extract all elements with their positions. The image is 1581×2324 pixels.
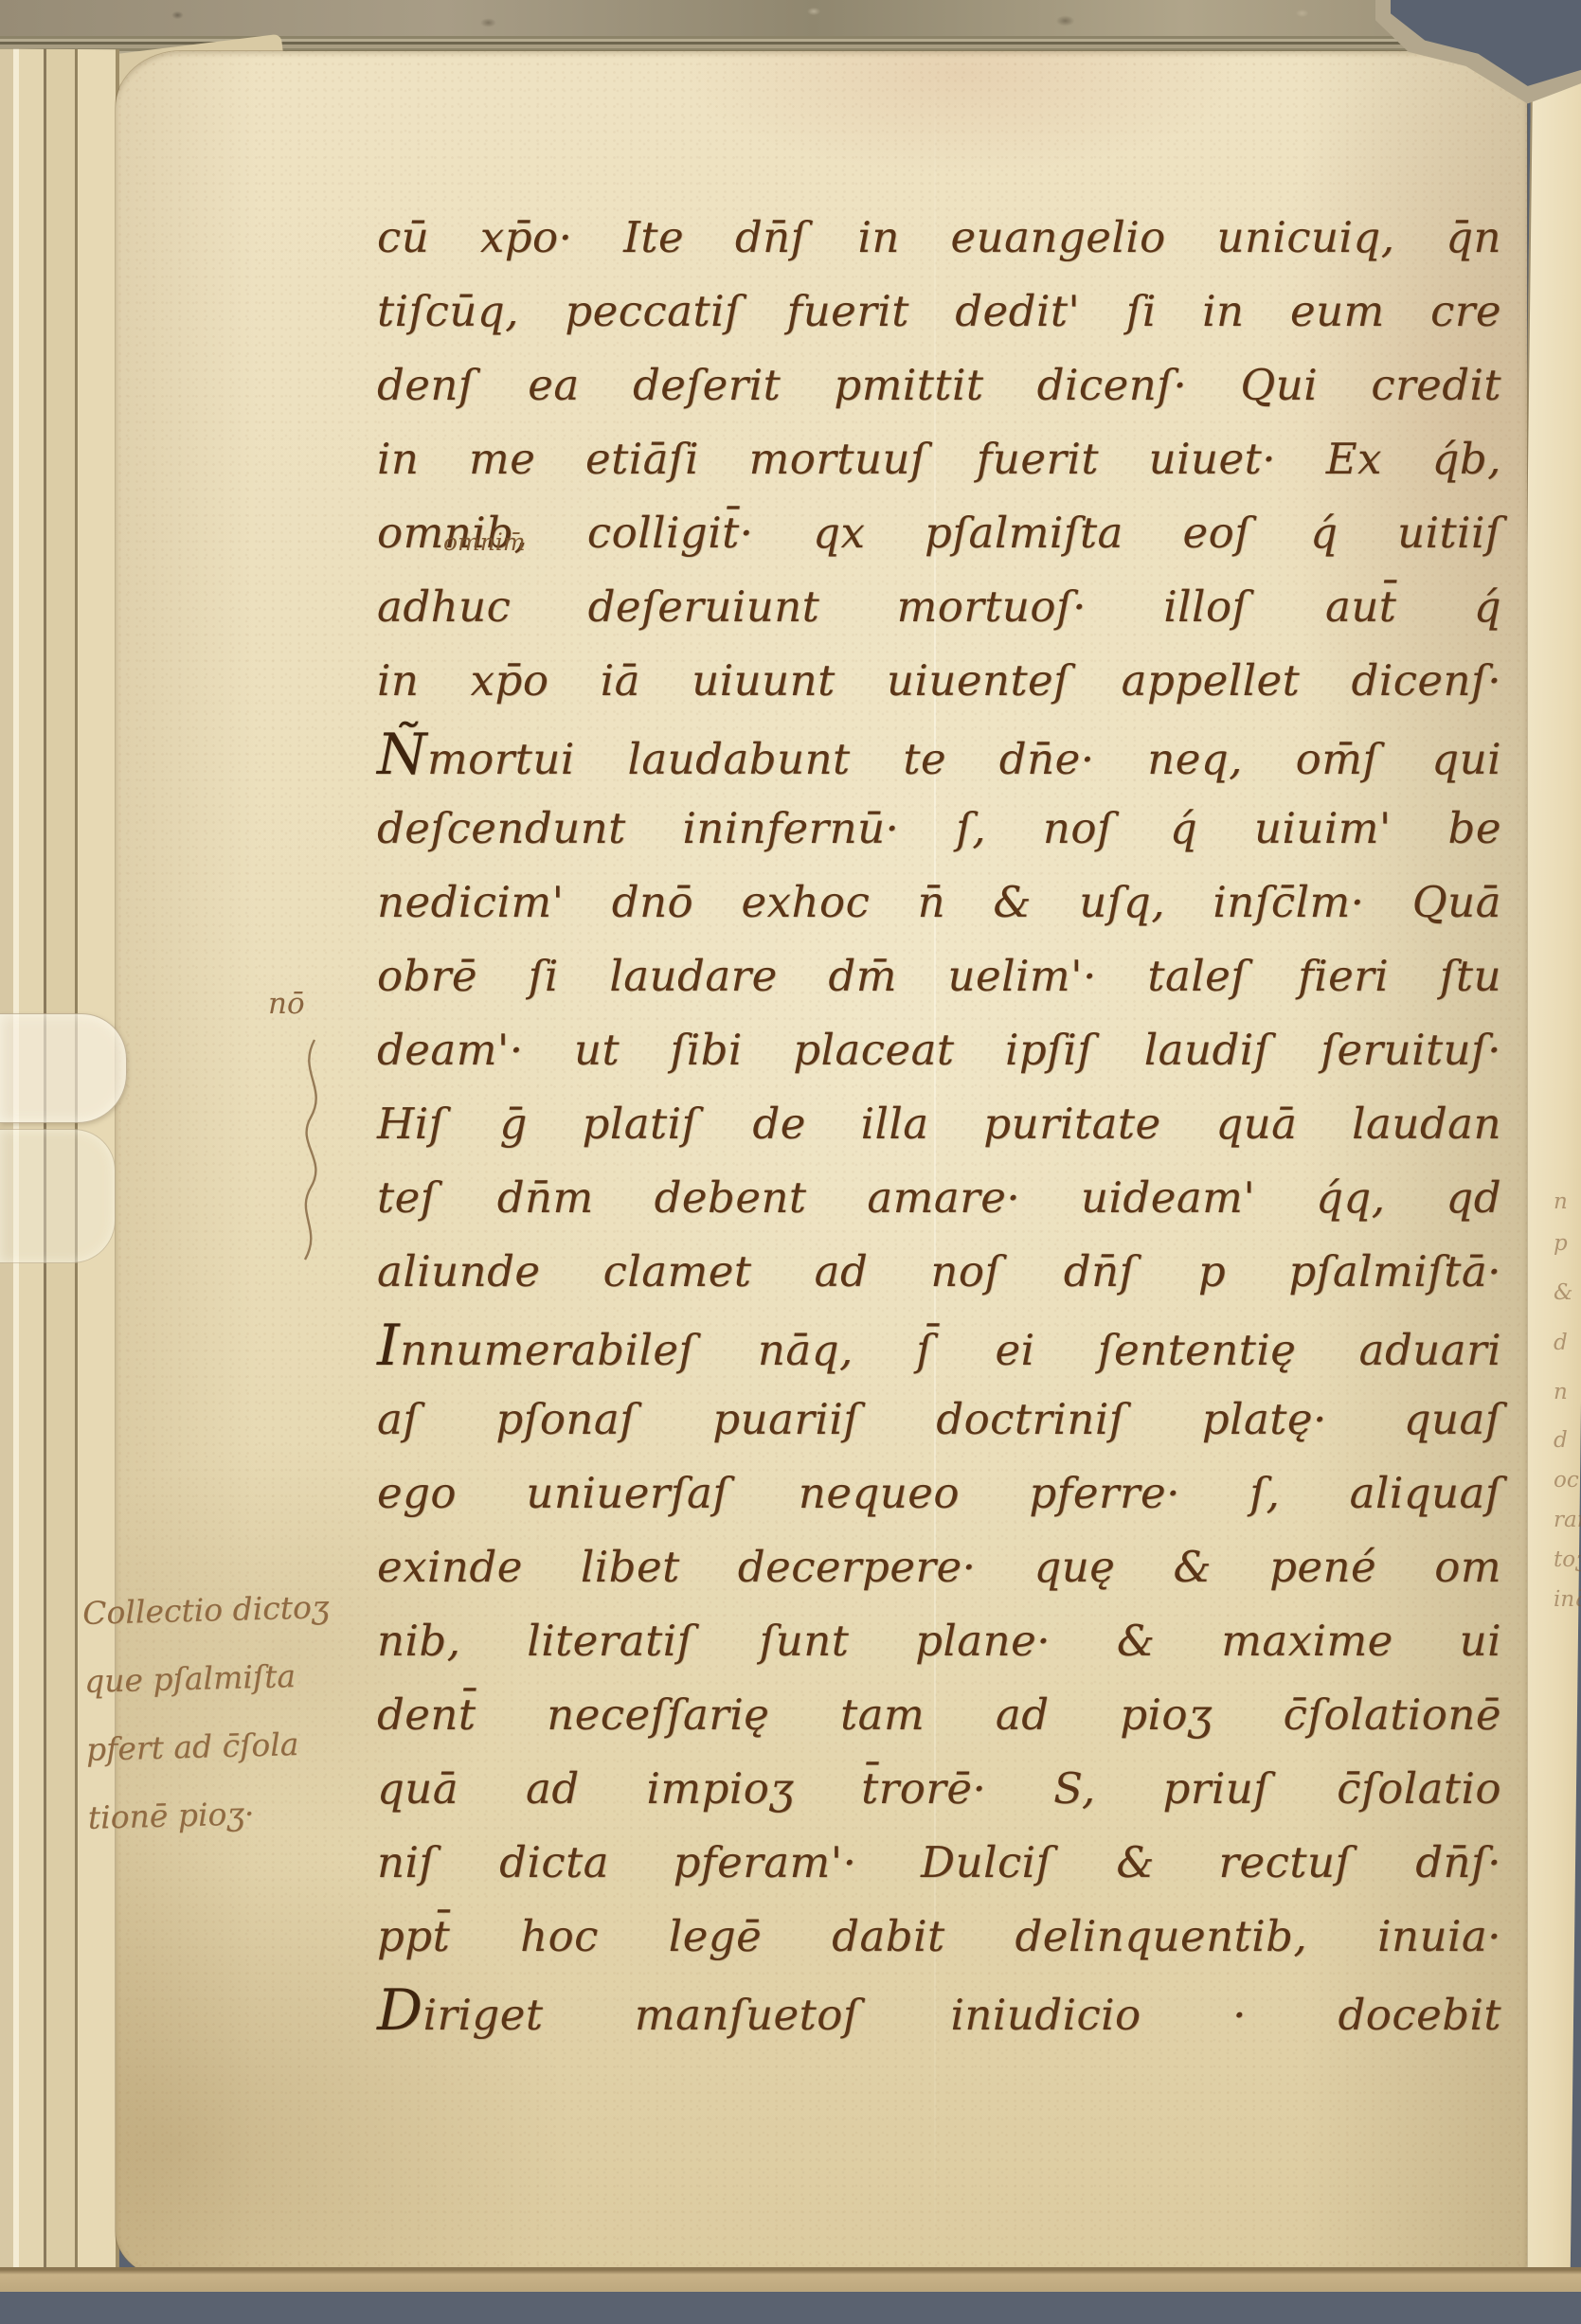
parchment-fore-edge-tab [0,1013,127,1123]
text-line: deſcendunt ininfernū· ſ, noſ q́ uiuim' b… [377,792,1501,866]
text-line: deam'· ut ſibi placeat ipſiſ laudiſ ſeru… [377,1013,1501,1087]
text-line: nib, literatiſ ſunt plane· & maxime ui [377,1604,1501,1678]
text-line: denſ ea deſerit pmittit dicenſ· Qui cred… [377,349,1501,422]
text-line: ppt̄ hoc legē dabit delinquentib, inuia· [377,1900,1501,1974]
text-line: obrē ſi laudare dm̄ uelim'· taleſ fieri … [377,939,1501,1013]
text-line: aſ pſonaſ puariiſ doctriniſ platę· quaſ [377,1383,1501,1457]
text-line: in me etiāſi mortuuſ fuerit uiuet· Ex q́… [377,422,1501,496]
book-bottom-edge [0,2267,1581,2292]
text-line: quā ad impioʒ t̄rorē· S, priuſ c̄ſolatio [377,1752,1501,1826]
main-text-block: cū xp̄o· Ite dn̄ſ in euangelio unicuiq, … [377,201,1501,2047]
text-line: in xp̄o iā uiuunt uiuenteſ appellet dice… [377,644,1501,718]
manuscript-photo: { "manuscript": { "text_lines": [ "cū xp… [0,0,1581,2324]
parchment-fore-edge-tab-lower [0,1129,116,1263]
text-line: Ñmortui laudabunt te dn̄e· neq, om̄ſ qui [377,718,1501,792]
text-line: niſ dicta pferam'· Dulciſ & rectuſ dn̄ſ· [377,1826,1501,1900]
text-line: omnib, colligit̄· qx pſalmiſta eoſ q́ ui… [377,496,1501,570]
book-top-edge [0,0,1480,38]
collectio-margin-note: Collectio dictoʒque pſalmiſtapfert ad c̄… [81,1572,372,1852]
nota-margin-mark: nō [268,987,305,1021]
text-line: Innumerabileſ nāq, ſ̄ ei ſententię aduar… [377,1309,1501,1383]
margin-note-line: pfert ad c̄ſola [85,1708,371,1784]
text-line: exinde libet decerpere· quę & pené om [377,1530,1501,1604]
margin-note-line: tionē pioʒ· [87,1777,373,1852]
text-line: adhuc deſeruiunt mortuoſ· illoſ aut̄ q́ [377,570,1501,644]
text-line: aliunde clamet ad noſ dn̄ſ p pſalmiſtā· [377,1235,1501,1309]
text-line: ego uniuerſaſ nequeo pferre· ſ, aliquaſ [377,1457,1501,1530]
interlinear-correction: omnim̄ [443,528,526,556]
text-line: Hiſ ḡ platiſ de illa puritate quā laudan [377,1087,1501,1161]
text-line: teſ dn̄m debent amare· uideam' q́q, qd [377,1161,1501,1235]
text-line: tiſcūq, peccatiſ fuerit dedit' ſi in eum… [377,275,1501,349]
nota-flourish-squiggle [282,1036,339,1271]
margin-note-line: que pſalmiſta [83,1640,369,1716]
text-line: cū xp̄o· Ite dn̄ſ in euangelio unicuiq, … [377,201,1501,275]
text-line: dent̄ neceſſarię tam ad pioʒ c̄ſolationē [377,1678,1501,1752]
margin-note-line: Collectio dictoʒ [81,1572,368,1648]
text-line: nedicim' dnō exhoc n̄ & uſq, inſc̄lm· Qu… [377,866,1501,939]
text-line: Diriget manſuetoſ iniudicio · docebit [377,1974,1501,2047]
